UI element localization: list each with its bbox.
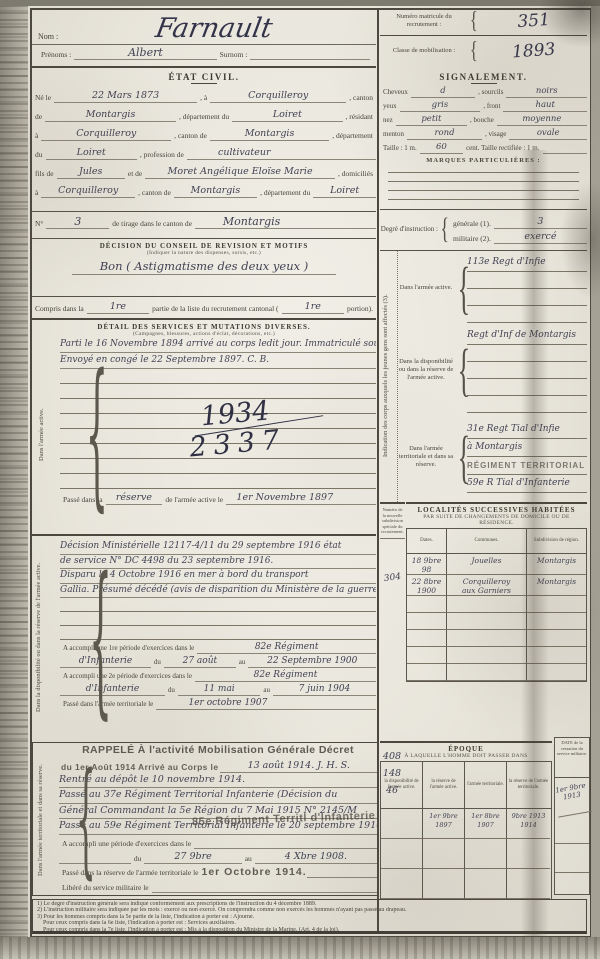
blank-rule [388, 182, 579, 191]
table-empty-cell [381, 869, 423, 899]
margin-label-armee-active: Dans l'armée active. [38, 352, 46, 517]
brace-glyph: { [458, 428, 464, 486]
table-empty-cell [507, 869, 550, 899]
printed-label: , profession de [137, 149, 187, 160]
table-empty-cell [465, 869, 507, 899]
brace-glyph: { [440, 214, 447, 244]
table-row [407, 664, 586, 681]
regiment-territorial-stamp: RÉGIMENT TERRITORIAL [467, 457, 587, 475]
handwritten-value: cultivateur [187, 147, 302, 160]
generale-value: 3 [494, 216, 587, 229]
table-empty-cell [465, 839, 507, 869]
printed-label: Taille : 1 m. [380, 143, 420, 154]
table-row: 18 9bre 98JouellesMontargis [407, 554, 586, 575]
table-value: 1er 9bre 1897 [423, 809, 465, 839]
handwritten-value: 1re [282, 301, 344, 314]
handwritten-value: 1er Novembre 1897 [226, 492, 343, 505]
handwritten-value: 7 juin 1904 [273, 683, 376, 696]
handwritten-value: rond [407, 127, 482, 140]
blank-rule [555, 815, 589, 844]
table-value: 9bre 1913 1914 [507, 809, 550, 839]
printed-label: au [260, 685, 273, 696]
localites-subtitle: PAR SUITE DE CHANGEMENTS DE DOMICILE OU … [406, 514, 587, 526]
text-line: 46 [379, 782, 405, 799]
table-empty-cell [507, 839, 550, 869]
blank-rule [467, 289, 587, 306]
handwritten-value: 27 août [164, 655, 236, 668]
tirage-section: N°3de tirage dans le canton deMontargis [32, 211, 376, 229]
services-section: DÉTAIL DES SERVICES ET MUTATIONS DIVERSE… [32, 318, 376, 537]
printed-label: à [32, 187, 41, 198]
column-header: l'armée territoriale. [465, 762, 507, 808]
territoriale-value: à Montargis [467, 439, 587, 457]
handwritten-value: Albert [74, 47, 216, 60]
etat-civil-line: duLoiret, profession decultivateur [32, 141, 376, 160]
table-empty-cell [527, 630, 586, 647]
handwritten-value: 3 [46, 216, 109, 229]
table-empty-cell [407, 613, 447, 630]
marques-blank-rules [380, 164, 587, 200]
signalement-line: nezpetit, bouchemoyenne [380, 112, 587, 126]
instruction-section: Degré d'instruction : { générale (1). 3 … [380, 209, 587, 248]
blank-rule [467, 345, 587, 362]
signalement-title: SIGNALEMENT. [380, 72, 587, 82]
text-line: Pour ceux compris dans la 7e liste, l'in… [37, 927, 582, 933]
brace-glyph: { [458, 259, 464, 317]
subdivision-number-column: Numéro de la nouvelle subdivision spécia… [380, 502, 405, 742]
printed-label: , front [480, 101, 503, 112]
printed-label: , canton de [171, 130, 210, 141]
printed-label: , domiciliés [335, 168, 376, 179]
handwritten-value: d'Infanterie [60, 683, 165, 696]
brace-glyph: { [458, 341, 464, 399]
armee-active-lines: 113e Regt d'Infie [467, 254, 587, 323]
margin-numbers: 40814846 [379, 748, 405, 799]
blank-fill [302, 148, 376, 160]
handwritten-value: 22 Septembre 1900 [248, 655, 376, 668]
printed-label: , visage [482, 129, 509, 140]
signalement-section: SIGNALEMENT. Cheveuxd, sourcilsnoirs yeu… [380, 69, 587, 200]
tirage-line: N°3de tirage dans le canton deMontargis [32, 216, 376, 229]
footnotes: 1) Le degré d'instruction générale sera … [32, 899, 587, 934]
handwritten-value: haut [503, 99, 587, 112]
handwritten-value: 60 [420, 141, 463, 154]
disponibilite-label: Dans la disponibilité ou dans la réserve… [398, 358, 454, 382]
conseil-revision-section: DÉCISION DU CONSEIL DE REVISION ET MOTIF… [32, 238, 376, 275]
printed-label: portion). [344, 303, 376, 314]
text-line: Rentré au dépôt le 10 novembre 1914. [59, 773, 377, 789]
classe-row: Classe de mobilisation : { 1893 [380, 36, 587, 65]
printed-label: , département du [257, 187, 313, 198]
brace-glyph: { [470, 39, 478, 63]
table-empty-cell [527, 613, 586, 630]
conseil-subtitle: (Indiquer la nature des dispenses, sursi… [32, 250, 376, 256]
handwritten-value: 4 Xbre 1908. [255, 851, 377, 864]
brace-glyph: { [76, 750, 96, 888]
text-line: Passé au 37e Régiment Territorial Infant… [59, 788, 377, 804]
blank-rule [467, 362, 587, 379]
printed-label: du [165, 685, 178, 696]
matricule-number-value: 351 [479, 7, 588, 34]
printed-label: Prénoms : [38, 49, 74, 60]
blank-fill [194, 837, 377, 849]
territoriale-block: Dans l'armée territoriale et dans sa rés… [398, 415, 587, 499]
disponibilite-block: Dans la disponibilité ou dans la réserve… [398, 325, 587, 415]
etat-civil-section: ÉTAT CIVIL. Né le22 Mars 1873, àCorquill… [32, 69, 376, 212]
table-empty-cell [527, 596, 586, 613]
rappel-stamp-title: RAPPELÉ À l'activité Mobilisation Généra… [59, 743, 377, 758]
printed-label: du [151, 657, 164, 668]
table-row [407, 647, 586, 664]
table-header-row: Dates.Communes.Subdivision de région. [407, 529, 586, 554]
handwritten-value: Montargis [45, 109, 176, 122]
printed-label: , à [197, 92, 210, 103]
handwritten-value: Corquilleroy [210, 90, 346, 103]
signalement-line: yeuxgris, fronthaut [380, 98, 587, 112]
rappel-inner: RAPPELÉ À l'activité Mobilisation Généra… [59, 743, 377, 893]
handwritten-value: Loiret [46, 147, 137, 160]
printed-label: , canton de [135, 187, 174, 198]
conseil-decision: Bon ( Astigmatisme des deux yeux ) [72, 258, 336, 275]
compris-line: Compris dans la1repartie de la liste du … [32, 301, 376, 314]
table-value: Montargis [527, 575, 586, 596]
printed-label: Surnom : [217, 49, 251, 60]
localites-title: LOCALITÉS SUCCESSIVES HABITÉES [406, 506, 587, 514]
printed-label: A accompli une 1re période d'exercices d… [60, 643, 197, 654]
blank-fill [543, 142, 588, 154]
date-cessation-column: DATE de la cessation du service militair… [554, 737, 590, 895]
instruction-label: Degré d'instruction : [380, 225, 438, 234]
epoque-title: ÉPOQUE [380, 745, 552, 753]
etat-civil-line: àCorquilleroy, canton deMontargis, dépar… [32, 179, 376, 198]
signalement-line: Cheveuxd, sourcilsnoirs [380, 84, 587, 98]
printed-label: , bouche [467, 115, 497, 126]
matricule-number-row: Numéro matricule du recrutement : { 351 [380, 6, 587, 36]
table-value: Corquilleroy aux Garniers [447, 575, 527, 596]
passe-territoriale-line: Passé dans la réserve de l'armée territo… [59, 864, 377, 879]
blank-fill [308, 217, 376, 229]
printed-label: , canton [346, 92, 376, 103]
printed-label: yeux [380, 101, 400, 112]
printed-label: N° [32, 218, 46, 229]
armee-active-block: Dans l'armée active. { 113e Regt d'Infie [398, 251, 587, 325]
printed-label: au [242, 853, 255, 864]
territoriale-value: 59e R Tial d'Infanterie [467, 475, 587, 493]
epoque-section: ÉPOQUE À LAQUELLE L'HOMME DOIT PASSER DA… [380, 741, 552, 900]
territoriale-value: 31e Regt Tial d'Infie [467, 421, 587, 439]
table-empty-cell [447, 596, 527, 613]
date-cessation-value: 1er 9bre 1913 [552, 775, 592, 817]
blank-rule [388, 173, 579, 182]
table-empty-cell [381, 809, 423, 839]
disponibilite-lines: Regt d'Inf de Montargis [467, 327, 587, 413]
handwritten-value: noirs [506, 85, 587, 98]
scan-edge-top [0, 0, 600, 6]
scanned-military-record: Nom : Farnault Prénoms :AlbertSurnom : N… [0, 0, 600, 959]
handwritten-value: d [411, 85, 475, 98]
blank-rule [388, 164, 579, 173]
printed-label: Né le [32, 92, 54, 103]
handwritten-value: Jules [57, 166, 125, 179]
table-empty-cell [423, 869, 465, 899]
blank-rule [388, 191, 579, 200]
etat-civil-line: àCorquilleroy, canton deMontargis, dépar… [32, 122, 376, 141]
blank-rules [555, 815, 589, 873]
table-value: 18 9bre 98 [407, 554, 447, 575]
instruction-rows: générale (1). 3 militaire (2). exercé [450, 214, 587, 244]
handwritten-value: 82e Régiment [195, 669, 376, 682]
blank-rule [555, 844, 589, 873]
territoriale-label: Dans l'armée territoriale et dans sa rés… [398, 445, 454, 469]
printed-label: au [236, 657, 249, 668]
printed-label: , département [329, 130, 376, 141]
corps-vertical-strip: Indication des corps auxquels les jeunes… [380, 251, 398, 502]
handwritten-value: 82e Régiment [197, 641, 376, 654]
handwritten-value: Loiret [232, 109, 342, 122]
printed-label: partie de la liste du recrutement canton… [149, 303, 281, 314]
brace-glyph: { [470, 9, 478, 33]
prenoms-row: Prénoms :AlbertSurnom : [32, 45, 376, 60]
corps-affectes-section: Indication des corps auxquels les jeunes… [380, 250, 587, 502]
table-value: 1er 8bre 1907 [465, 809, 507, 839]
column-header: Subdivision de région. [527, 529, 586, 553]
column-header: la réserve de l'armée active. [423, 762, 465, 808]
subdivision-number-header: Numéro de la nouvelle subdivision spécia… [380, 504, 405, 539]
margin-label-territoriale: Dans l'armée territoriale et dans sa rés… [37, 754, 45, 886]
rappel-arrivee-value: 13 août 1914. J. H. S. [220, 760, 377, 773]
printed-label: menton [380, 129, 407, 140]
signalement-line: Taille : 1 m.60cent. Taille rectifiée : … [380, 140, 587, 154]
brace-glyph: { [89, 548, 112, 728]
localites-section: LOCALITÉS SUCCESSIVES HABITÉES PAR SUITE… [406, 502, 587, 682]
libere-line: Libéré du service militaire le [59, 878, 377, 893]
handwritten-value: Montargis [195, 216, 308, 229]
handwritten-value: Moret Angélique Eloïse Marie [145, 166, 335, 179]
brace-glyph: { [86, 345, 108, 520]
rappel-arrivee-line: du 1er Août 1914 Arrivé au Corps le 13 a… [59, 758, 377, 773]
table-row [407, 596, 586, 613]
compris-section: Compris dans la1repartie de la liste du … [32, 296, 376, 314]
text-line: 408 [379, 748, 405, 765]
handwritten-value: gris [400, 99, 481, 112]
blank-rule [467, 379, 587, 396]
blank-rule [467, 396, 587, 413]
table-row [407, 630, 586, 647]
table-empty-cell [407, 596, 447, 613]
printed-label: de [32, 111, 45, 122]
services-title: DÉTAIL DES SERVICES ET MUTATIONS DIVERSE… [32, 323, 376, 331]
big-handwritten-numbers: 1934 2337 [200, 393, 327, 460]
table-empty-cell [447, 613, 527, 630]
handwritten-value: Corquilleroy [41, 128, 171, 141]
printed-label: de l'armée active le [162, 494, 226, 505]
militaire-label: militaire (2). [450, 233, 494, 244]
column-header: la réserve de l'armée territoriale. [507, 762, 550, 808]
instruction-militaire-row: militaire (2). exercé [450, 229, 587, 244]
blank-fill [307, 866, 377, 878]
table-empty-cell [527, 647, 586, 664]
printed-label: nez [380, 115, 396, 126]
periode-exercices-line: A accompli une période d'exercices dans … [59, 835, 377, 850]
blank-fill [152, 881, 377, 893]
blank-fill [300, 698, 376, 710]
text-line: 148 [379, 765, 405, 782]
blank-rule [467, 272, 587, 289]
conseil-title: DÉCISION DU CONSEIL DE REVISION ET MOTIF… [32, 242, 376, 250]
table-row [381, 869, 551, 899]
nom-row: Nom : Farnault [32, 8, 376, 45]
table-value: Montargis [527, 554, 586, 575]
disponibilite-value: Regt d'Inf de Montargis [467, 327, 587, 345]
corps-main: Dans l'armée active. { 113e Regt d'Infie… [398, 251, 587, 502]
reserve-section: Décision Ministérielle 12117-4/11 du 29 … [32, 534, 376, 745]
printed-label: , résidant [343, 111, 376, 122]
libere-label: Libéré du service militaire le [59, 882, 152, 893]
margin-label-disponibilite: Dans la disponibilité ou dans la réserve… [35, 548, 49, 726]
scan-edge-right [591, 0, 600, 959]
matricule-number-label: Numéro matricule du recrutement : [380, 13, 468, 28]
periode-dates-line: du27 9breau4 Xbre 1908. [59, 849, 377, 864]
handwritten-value: 27 9bre [144, 851, 241, 864]
table-empty-cell [527, 664, 586, 681]
printed-label: , sourcils [475, 87, 506, 98]
militaire-value: exercé [494, 231, 587, 244]
table-empty-cell [381, 839, 423, 869]
handwritten-value: 11 mai [178, 683, 260, 696]
printed-label: Cheveux [380, 87, 411, 98]
table-row [381, 839, 551, 869]
handwritten-value: Corquilleroy [41, 185, 135, 198]
handwritten-value: 1re [87, 301, 149, 314]
octobre-stamp: 1er Octobre 1914. [202, 866, 307, 878]
handwritten-value: réserve [106, 492, 163, 505]
epoque-subtitle: À LAQUELLE L'HOMME DOIT PASSER DANS [380, 753, 552, 759]
name-header: Nom : Farnault Prénoms :AlbertSurnom : [32, 8, 376, 68]
table-empty-cell [407, 664, 447, 681]
handwritten-value: Montargis [174, 185, 257, 198]
corps-vertical-label: Indication des corps auxquels les jeunes… [382, 257, 390, 495]
table-empty-cell [447, 630, 527, 647]
date-cessation-header: DATE de la cessation du service militair… [555, 738, 589, 778]
armee-active-label: Dans l'armée active. [398, 284, 454, 292]
handwritten-value: Loiret [313, 185, 376, 198]
printed-label: du [131, 853, 145, 864]
table-row: 1er 9bre 18971er 8bre 19079bre 1913 1914 [381, 809, 551, 839]
epoque-table: la disponibilité de l'armée active.la ré… [380, 761, 552, 900]
printed-label: , département du [176, 111, 232, 122]
printed-label: de tirage dans le canton de [109, 218, 195, 229]
table-row [407, 613, 586, 630]
printed-label: cent. Taille rectifiée : 1 m. [463, 143, 542, 154]
table-empty-cell [447, 647, 527, 664]
printed-label: fils de [32, 168, 57, 179]
scan-edge-bottom [0, 937, 600, 959]
subdivision-number-value: 304 [379, 571, 405, 584]
printed-label: Compris dans la [32, 303, 87, 314]
printed-label: à [32, 130, 41, 141]
column-header: Dates. [407, 529, 447, 553]
handwritten-value: petit [396, 113, 467, 126]
armee-active-value: 113e Regt d'Infie [467, 254, 587, 272]
column-header: Communes. [447, 529, 527, 553]
handwritten-value: 22 Mars 1873 [54, 90, 197, 103]
table-empty-cell [423, 839, 465, 869]
handwritten-value: Montargis [210, 128, 329, 141]
classe-label: Classe de mobilisation : [380, 47, 468, 55]
blank-rules [467, 345, 587, 413]
blank-fill [250, 48, 370, 60]
printed-label: et de [125, 168, 145, 179]
etat-civil-line: deMontargis, département duLoiret, résid… [32, 103, 376, 122]
matricule-block: Numéro matricule du recrutement : { 351 … [380, 6, 587, 66]
handwritten-value: moyenne [497, 113, 587, 126]
marques-label: MARQUES PARTICULIÈRES : [380, 157, 587, 164]
blank-fill [343, 493, 376, 505]
signalement-line: mentonrond, visageovale [380, 126, 587, 140]
instruction-generale-row: générale (1). 3 [450, 214, 587, 229]
handwritten-value: 1er octobre 1907 [156, 697, 299, 710]
etat-civil-line: fils deJuleset deMoret Angélique Eloïse … [32, 160, 376, 179]
generale-label: générale (1). [450, 218, 494, 229]
classe-value: 1893 [479, 37, 588, 64]
table-row: 22 8bre 1900Corquilleroy aux GarniersMon… [407, 575, 586, 596]
handwritten-value: ovale [509, 127, 587, 140]
etat-civil-title: ÉTAT CIVIL. [32, 72, 376, 82]
table-header-row: la disponibilité de l'armée active.la ré… [381, 762, 551, 809]
printed-label: A accompli une 2e période d'exercices da… [60, 671, 195, 682]
table-value: 22 8bre 1900 [407, 575, 447, 596]
table-empty-cell [407, 630, 447, 647]
table-empty-cell [407, 647, 447, 664]
blank-rule [467, 306, 587, 323]
table-value: Jouelles [447, 554, 527, 575]
etat-civil-line: Né le22 Mars 1873, àCorquilleroy, canton [32, 84, 376, 103]
printed-label: du [32, 149, 46, 160]
territoriale-lines: 31e Regt Tial d'Infie à Montargis RÉGIME… [467, 421, 587, 493]
scan-edge-left [0, 0, 28, 959]
blank-rules [467, 272, 587, 323]
table-empty-cell [447, 664, 527, 681]
nom-value: Farnault [56, 14, 373, 44]
localites-table: Dates.Communes.Subdivision de région.18 … [406, 528, 587, 682]
